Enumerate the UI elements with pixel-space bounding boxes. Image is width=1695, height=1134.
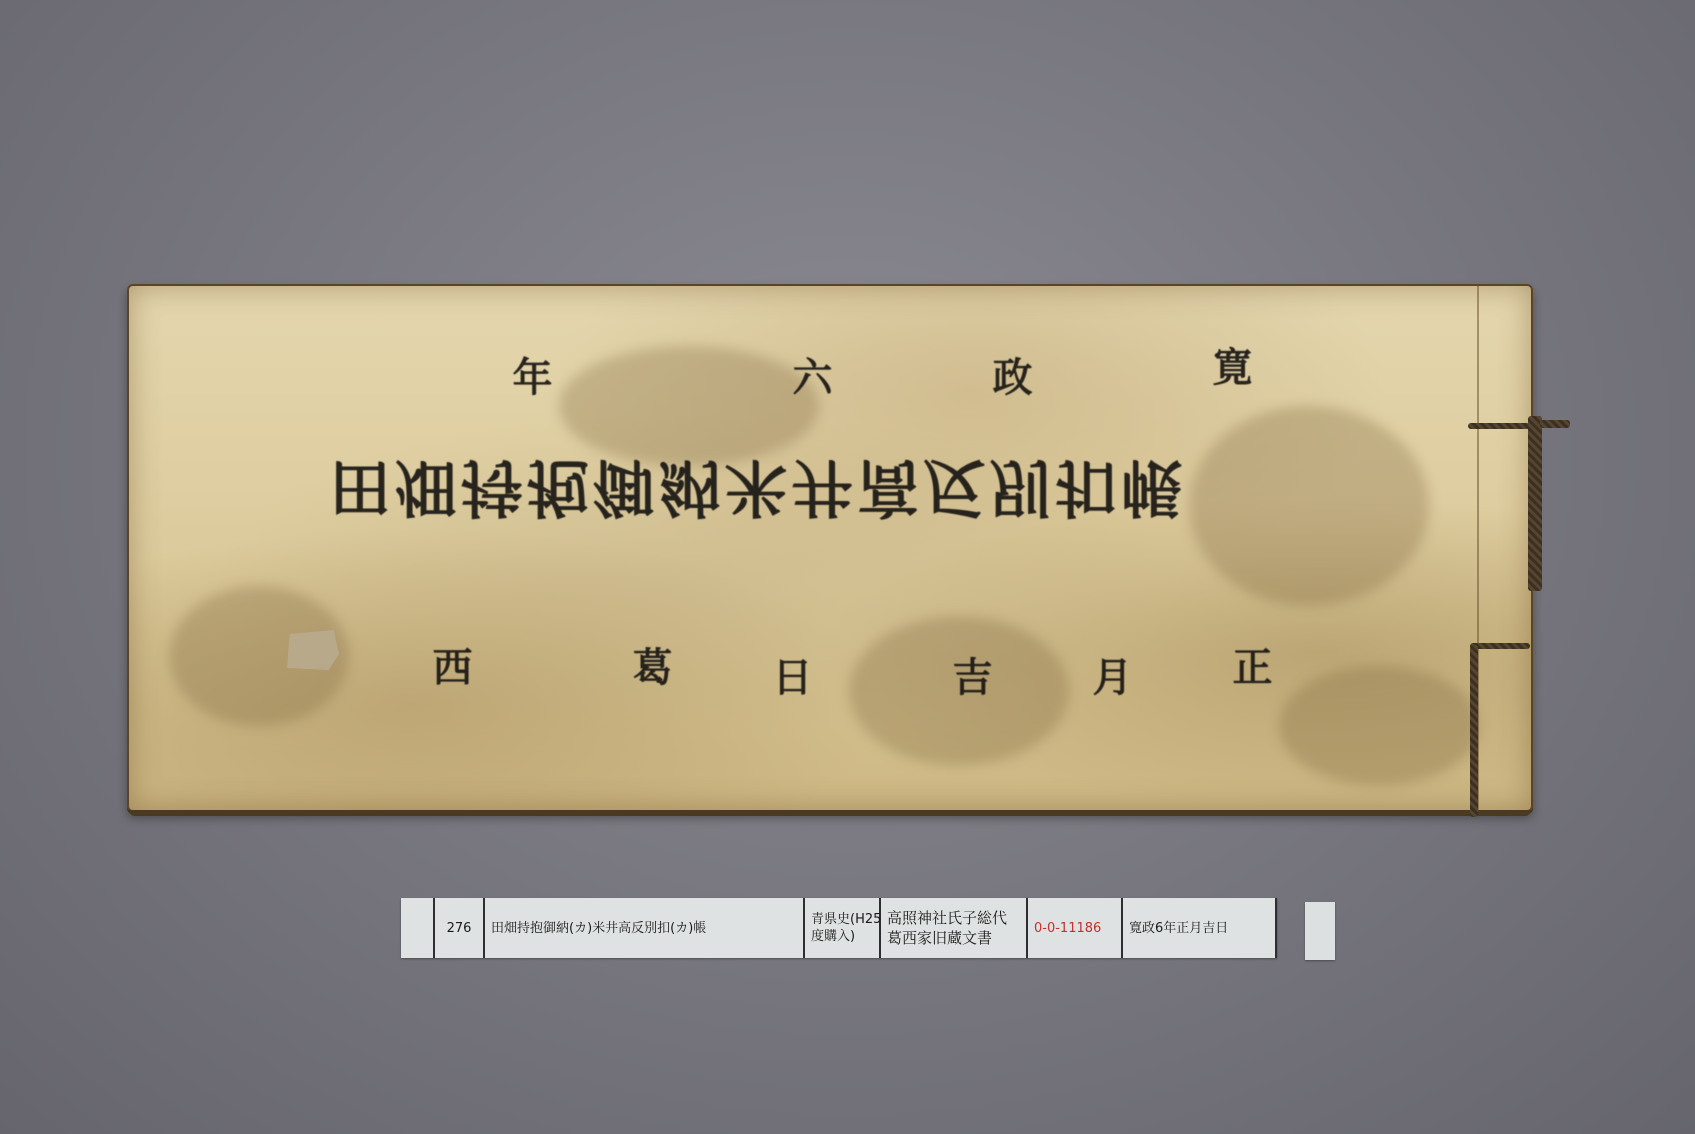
stain bbox=[1279, 666, 1479, 786]
calligraphy-lower-6: 西 bbox=[429, 646, 469, 684]
calligraphy-lower-4: 日 bbox=[769, 656, 809, 694]
calligraphy-lower-3: 吉 bbox=[949, 656, 989, 694]
label-blank-left bbox=[401, 898, 435, 958]
calligraphy-upper-3: 六 bbox=[789, 356, 829, 394]
label-collection-line1: 高照神社氏子総代 bbox=[887, 908, 1007, 928]
binding-string-end bbox=[1540, 420, 1570, 428]
label-title: 田畑持抱御納(カ)米井高反別扣(カ)帳 bbox=[485, 898, 805, 958]
label-source-line1: 青県史(H25 bbox=[811, 911, 881, 928]
stain bbox=[1189, 406, 1429, 606]
calligraphy-lower-1: 正 bbox=[1229, 646, 1269, 684]
label-collection-line2: 葛西家旧蔵文書 bbox=[887, 928, 992, 948]
stain bbox=[559, 346, 819, 466]
calligraphy-upper-4: 年 bbox=[509, 356, 549, 394]
catalog-id-text: 0-0-11186 bbox=[1034, 920, 1101, 937]
catalog-label: 276 田畑持抱御納(カ)米井高反別扣(カ)帳 青県史(H25 度購入) 高照神… bbox=[401, 898, 1277, 958]
label-number: 276 bbox=[435, 898, 485, 958]
calligraphy-lower-5: 葛 bbox=[629, 646, 669, 684]
photograph: 寛 政 六 年 田畑持抱御納米井高反別扣帳 正 月 吉 日 葛 西 276 田畑… bbox=[0, 0, 1695, 1134]
label-source-line2: 度購入) bbox=[811, 928, 855, 945]
label-catalog-id: 0-0-11186 bbox=[1028, 898, 1123, 958]
calligraphy-lower-2: 月 bbox=[1089, 656, 1129, 694]
calligraphy-upper-2: 政 bbox=[989, 356, 1029, 394]
binding-string-top bbox=[1468, 423, 1530, 429]
label-source: 青県史(H25 度購入) bbox=[805, 898, 881, 958]
calligraphy-title: 田畑持抱御納米井高反別扣帳 bbox=[329, 456, 1187, 518]
binding-string-vertical bbox=[1470, 645, 1478, 817]
label-blank-right bbox=[1305, 902, 1335, 960]
binding-string-knot bbox=[1528, 416, 1542, 591]
historical-ledger: 寛 政 六 年 田畑持抱御納米井高反別扣帳 正 月 吉 日 葛 西 bbox=[127, 284, 1533, 812]
label-date: 寛政6年正月吉日 bbox=[1123, 898, 1277, 958]
calligraphy-upper-1: 寛 bbox=[1209, 346, 1249, 384]
paper-repair-patch bbox=[287, 630, 339, 670]
label-collection: 高照神社氏子総代 葛西家旧蔵文書 bbox=[881, 898, 1028, 958]
binding-string-bottom bbox=[1470, 643, 1530, 649]
